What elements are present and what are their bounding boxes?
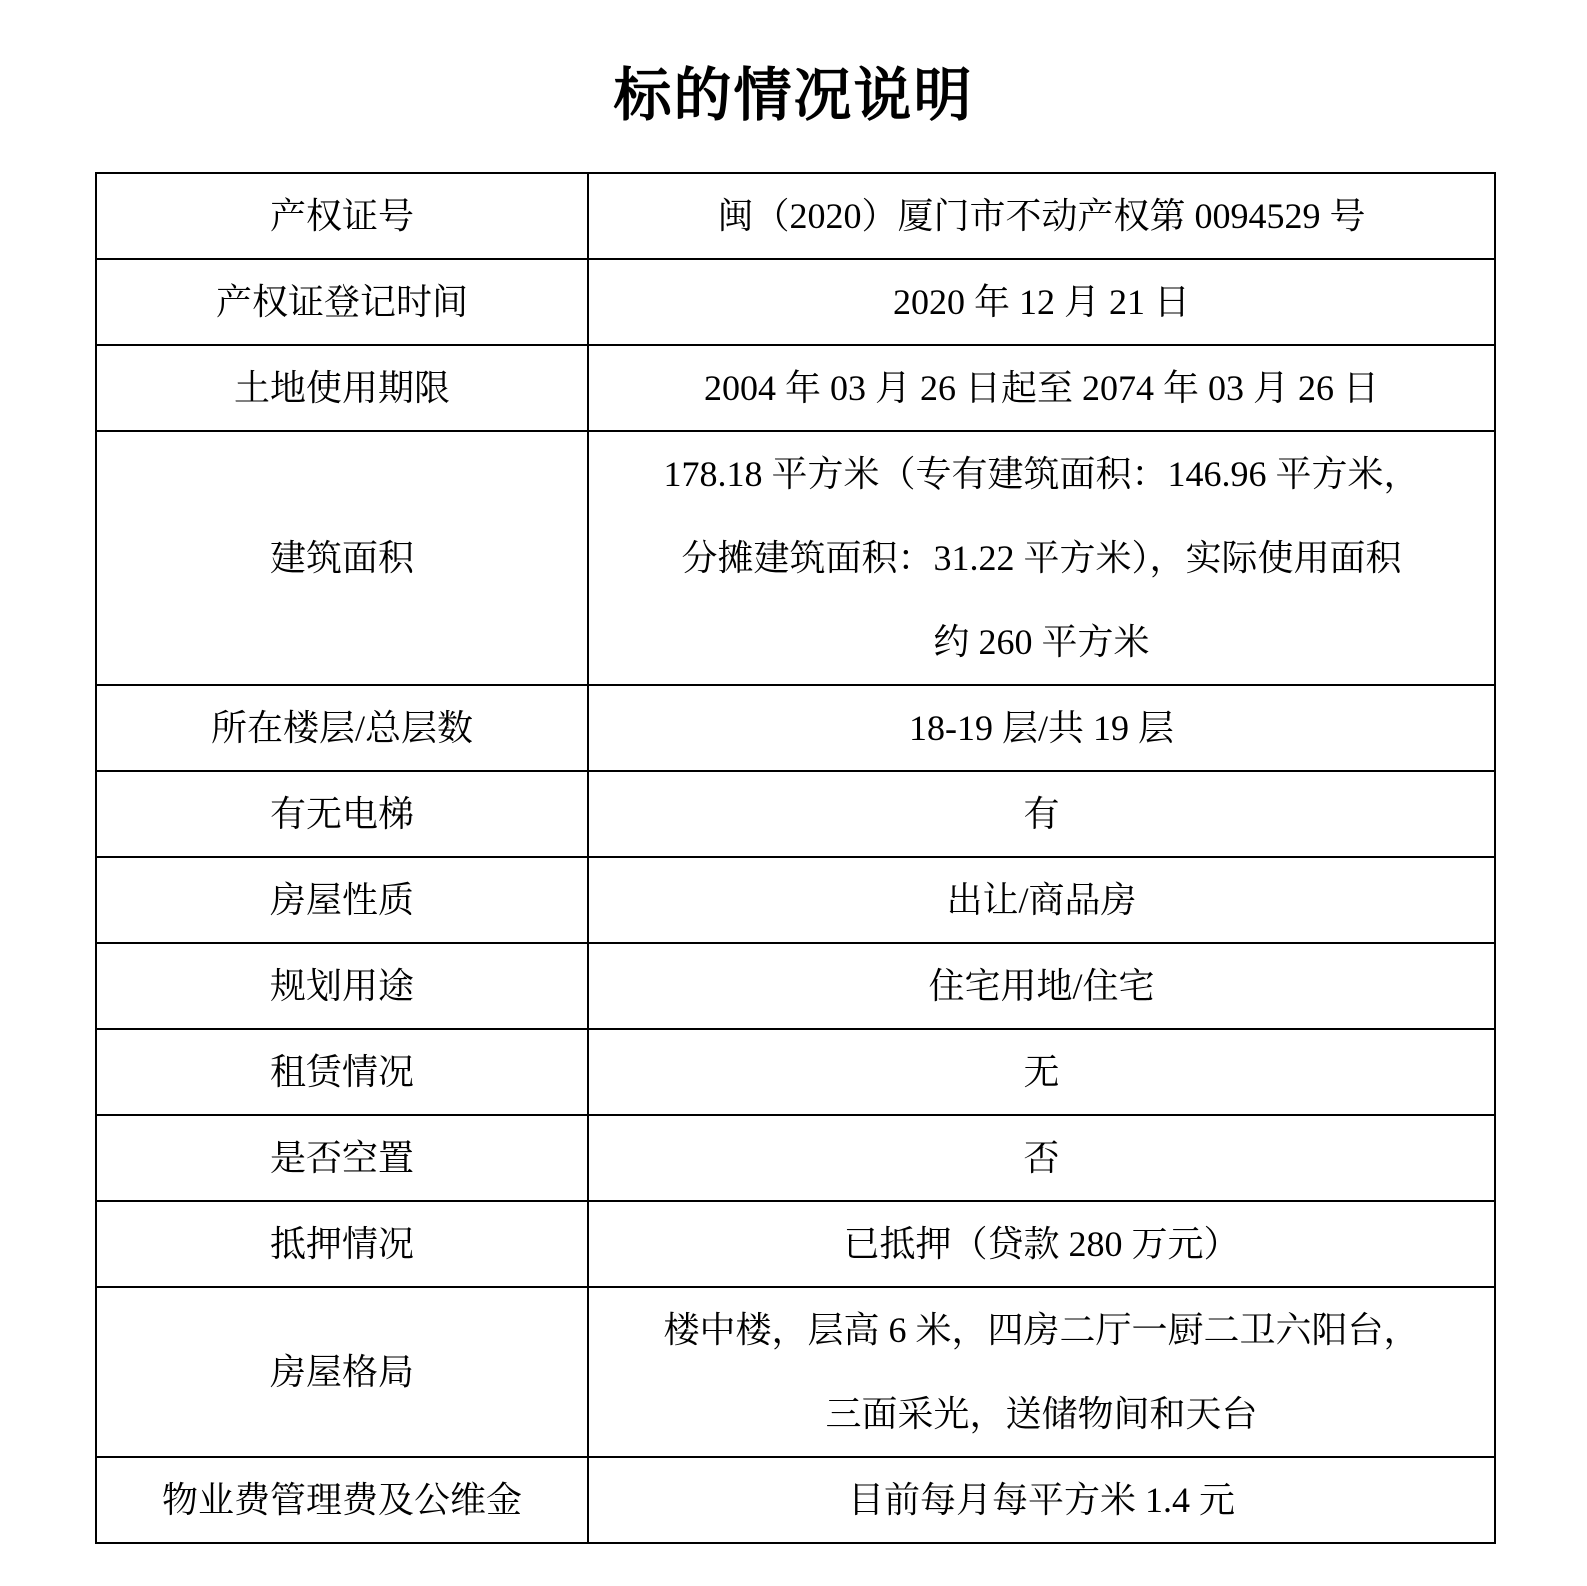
table-row: 所在楼层/总层数 18-19 层/共 19 层: [96, 685, 1495, 771]
field-label: 租赁情况: [96, 1029, 588, 1115]
field-label: 房屋格局: [96, 1287, 588, 1457]
table-row: 物业费管理费及公维金 目前每月每平方米 1.4 元: [96, 1457, 1495, 1543]
property-spec-table: 产权证号 闽（2020）厦门市不动产权第 0094529 号 产权证登记时间 2…: [95, 172, 1496, 1544]
table-row: 房屋格局 楼中楼，层高 6 米，四房二厅一厨二卫六阳台， 三面采光，送储物间和天…: [96, 1287, 1495, 1457]
table-row: 产权证号 闽（2020）厦门市不动产权第 0094529 号: [96, 173, 1495, 259]
field-label: 所在楼层/总层数: [96, 685, 588, 771]
table-row: 建筑面积 178.18 平方米（专有建筑面积：146.96 平方米， 分摊建筑面…: [96, 431, 1495, 685]
field-label: 是否空置: [96, 1115, 588, 1201]
document-page: 标的情况说明 产权证号 闽（2020）厦门市不动产权第 0094529 号 产权…: [0, 0, 1587, 1586]
field-label: 产权证号: [96, 173, 588, 259]
table-row: 房屋性质 出让/商品房: [96, 857, 1495, 943]
table-row: 租赁情况 无: [96, 1029, 1495, 1115]
field-value: 目前每月每平方米 1.4 元: [588, 1457, 1495, 1543]
field-value: 2020 年 12 月 21 日: [588, 259, 1495, 345]
table-row: 产权证登记时间 2020 年 12 月 21 日: [96, 259, 1495, 345]
field-value: 出让/商品房: [588, 857, 1495, 943]
field-value: 闽（2020）厦门市不动产权第 0094529 号: [588, 173, 1495, 259]
field-label: 房屋性质: [96, 857, 588, 943]
table-row: 有无电梯 有: [96, 771, 1495, 857]
field-value: 18-19 层/共 19 层: [588, 685, 1495, 771]
field-value: 楼中楼，层高 6 米，四房二厅一厨二卫六阳台， 三面采光，送储物间和天台: [588, 1287, 1495, 1457]
table-row: 是否空置 否: [96, 1115, 1495, 1201]
field-value: 已抵押（贷款 280 万元）: [588, 1201, 1495, 1287]
field-value: 否: [588, 1115, 1495, 1201]
table-row: 土地使用期限 2004 年 03 月 26 日起至 2074 年 03 月 26…: [96, 345, 1495, 431]
field-label: 抵押情况: [96, 1201, 588, 1287]
field-label: 有无电梯: [96, 771, 588, 857]
field-value: 178.18 平方米（专有建筑面积：146.96 平方米， 分摊建筑面积：31.…: [588, 431, 1495, 685]
field-label: 规划用途: [96, 943, 588, 1029]
field-value: 无: [588, 1029, 1495, 1115]
field-value: 2004 年 03 月 26 日起至 2074 年 03 月 26 日: [588, 345, 1495, 431]
field-label: 土地使用期限: [96, 345, 588, 431]
page-title: 标的情况说明: [0, 48, 1587, 132]
field-label: 物业费管理费及公维金: [96, 1457, 588, 1543]
field-value: 住宅用地/住宅: [588, 943, 1495, 1029]
field-label: 产权证登记时间: [96, 259, 588, 345]
table-row: 抵押情况 已抵押（贷款 280 万元）: [96, 1201, 1495, 1287]
table-row: 规划用途 住宅用地/住宅: [96, 943, 1495, 1029]
field-label: 建筑面积: [96, 431, 588, 685]
field-value: 有: [588, 771, 1495, 857]
